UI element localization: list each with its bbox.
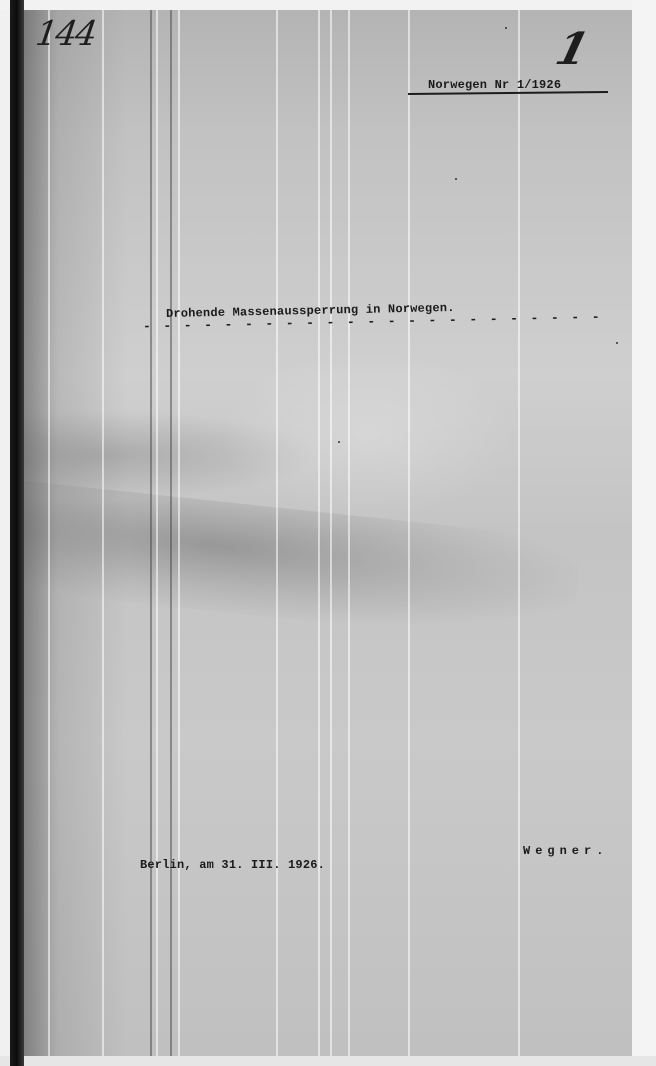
archive-number: 144 bbox=[33, 14, 98, 54]
paper-speck bbox=[338, 441, 340, 443]
place-date: Berlin, am 31. III. 1926. bbox=[140, 858, 325, 872]
scan-streak bbox=[318, 10, 320, 1056]
scan-top-margin bbox=[0, 0, 656, 10]
paper-speck bbox=[455, 178, 457, 180]
binding-edge bbox=[10, 0, 24, 1066]
scan-streak bbox=[48, 10, 50, 1056]
paper-speck bbox=[505, 27, 507, 29]
scan-streak bbox=[408, 10, 410, 1056]
paper-watermark bbox=[218, 350, 518, 520]
document-reference: Norwegen Nr 1/1926 bbox=[428, 78, 561, 92]
scan-streak bbox=[348, 10, 350, 1056]
scan-streak bbox=[102, 10, 104, 1056]
signature: Wegner. bbox=[523, 844, 608, 858]
paper-speck bbox=[616, 342, 618, 344]
scan-streak bbox=[156, 10, 158, 1056]
scan-bottom-margin bbox=[0, 1056, 656, 1066]
scan-streak bbox=[178, 10, 180, 1056]
scan-streak bbox=[170, 10, 172, 1056]
scan-streak bbox=[330, 10, 332, 1056]
scan-streak bbox=[518, 10, 520, 1056]
scan-right-margin bbox=[632, 0, 656, 1066]
scan-streak bbox=[150, 10, 152, 1056]
scan-streak bbox=[276, 10, 278, 1056]
paper-sheet bbox=[18, 10, 632, 1056]
